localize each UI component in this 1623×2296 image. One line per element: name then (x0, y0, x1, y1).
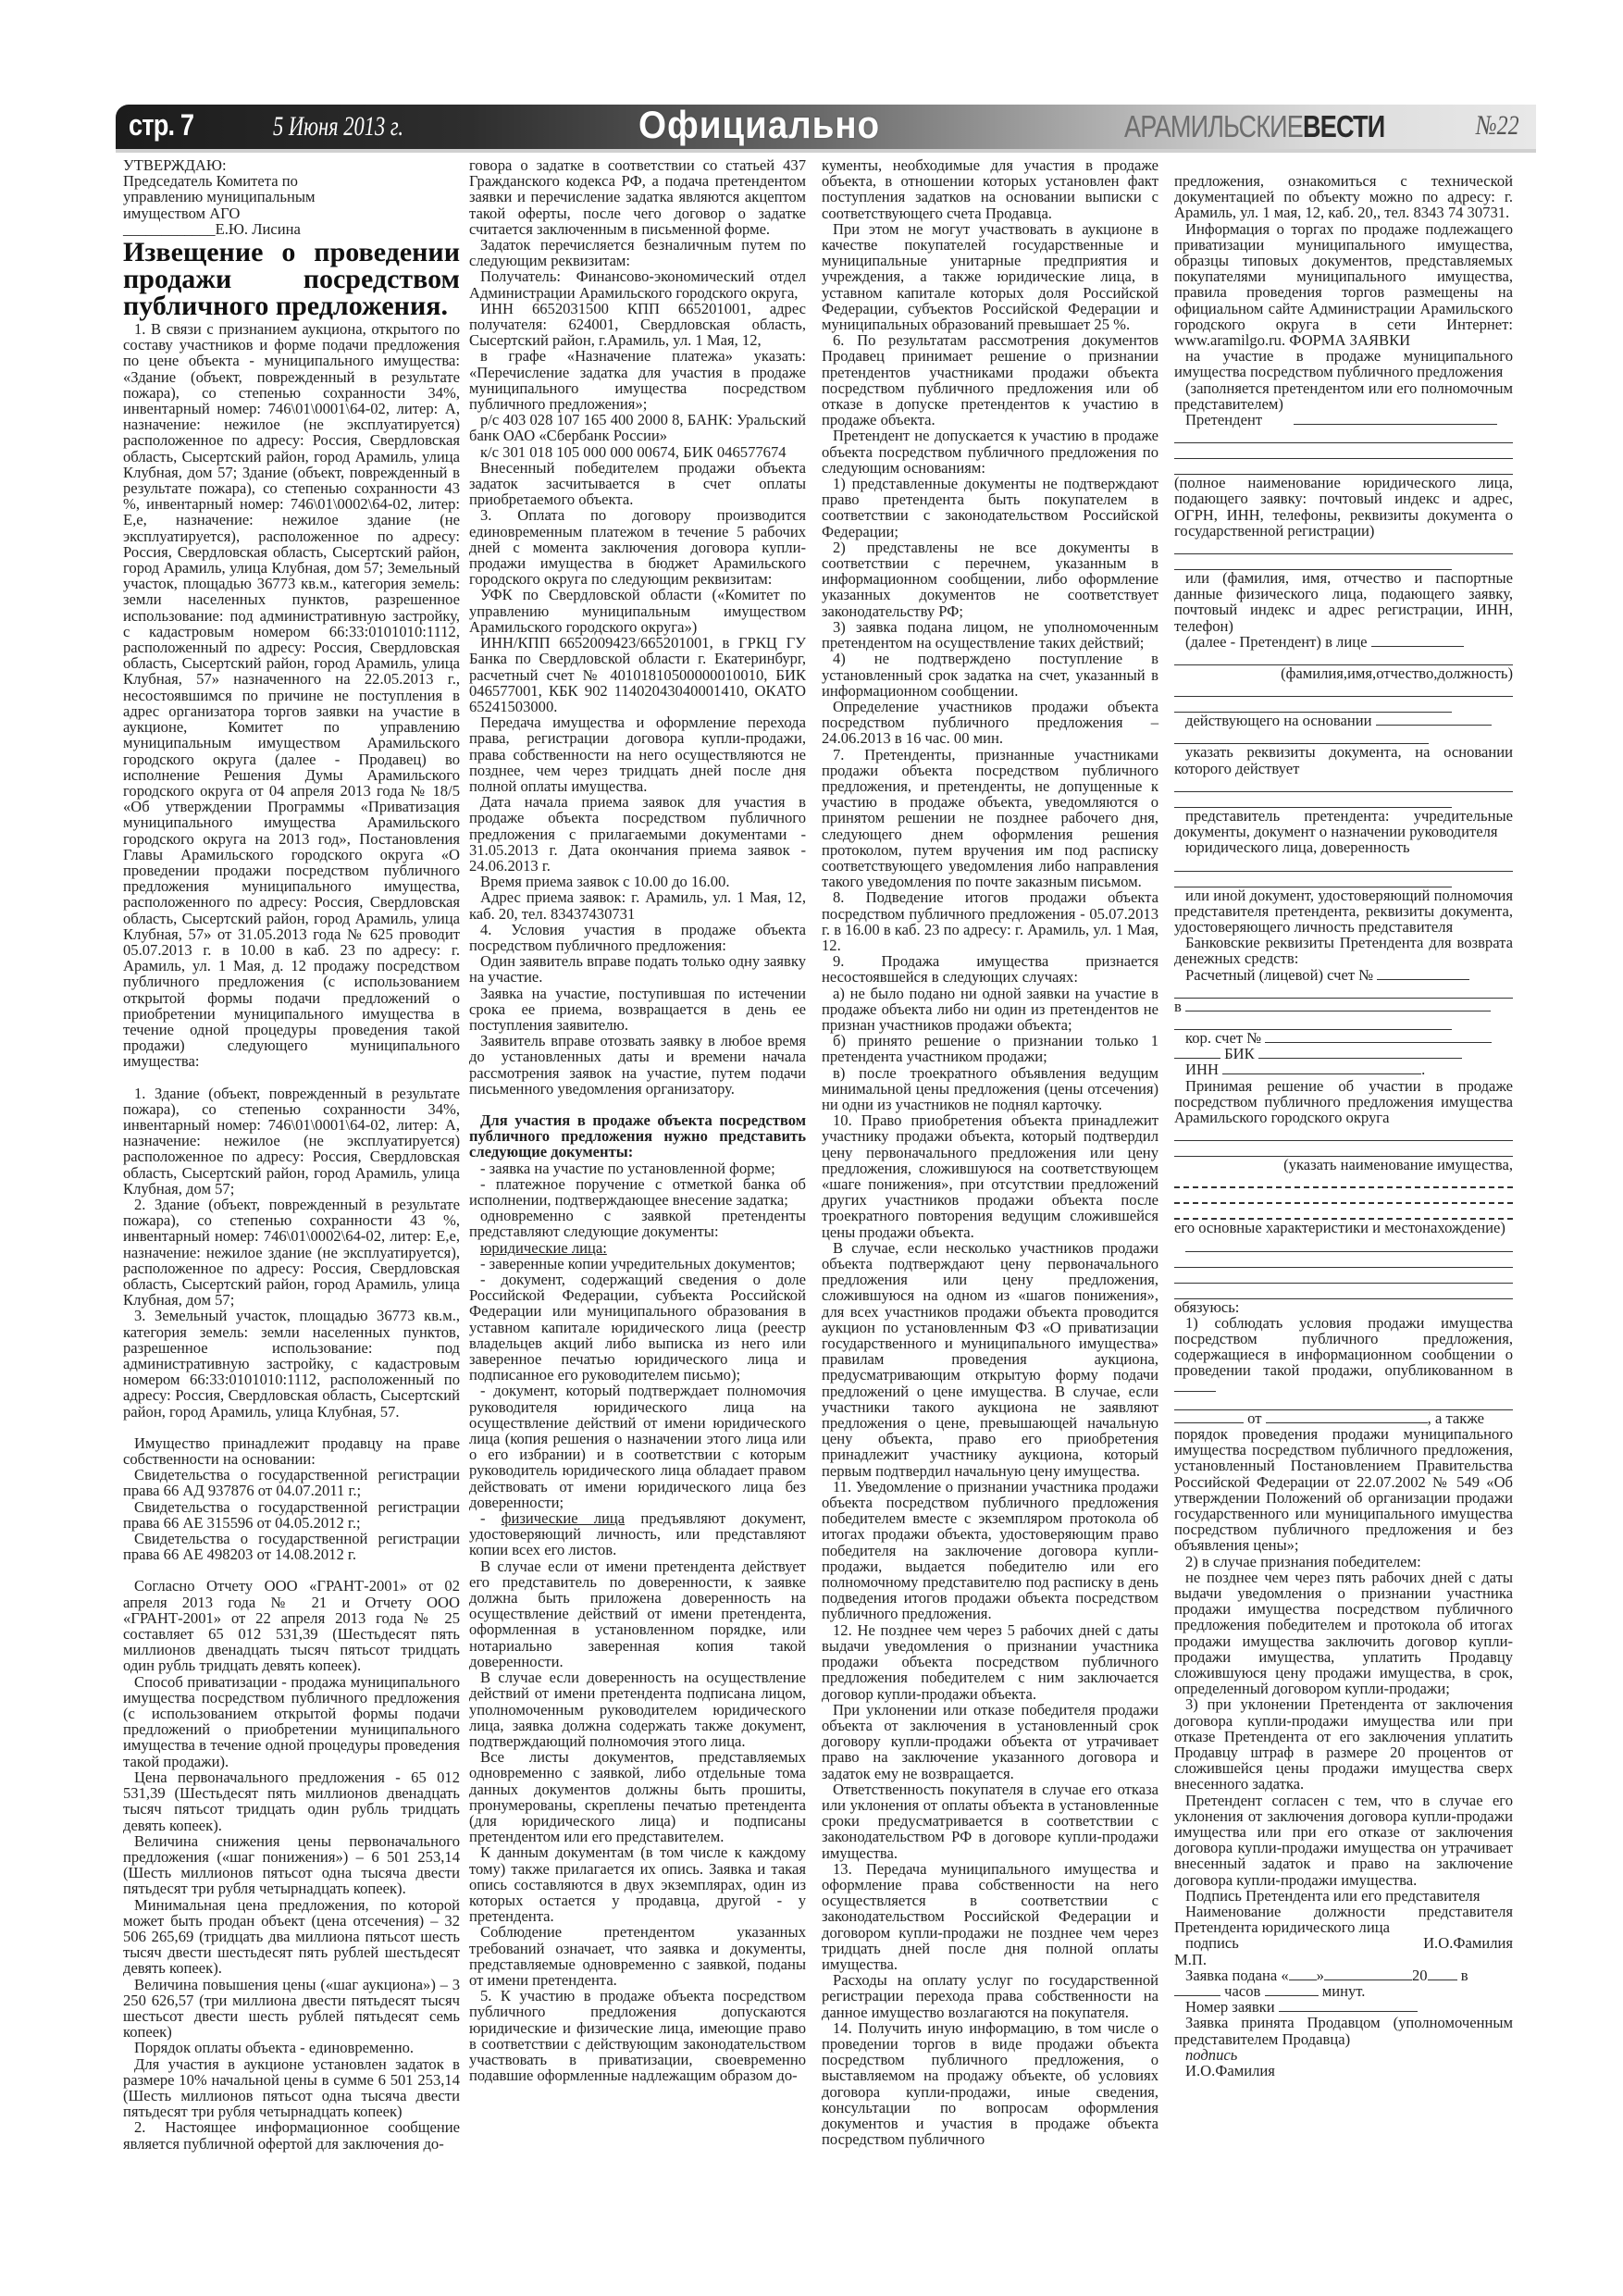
obligation-3: 3) при уклонении Претендента от заключен… (1174, 1696, 1513, 1792)
masthead-light: АРАМИЛЬСКИЕ (1124, 109, 1303, 143)
paragraph: Свидетельства о государственной регистра… (123, 1531, 460, 1562)
agreement-text: Претендент согласен с тем, что в случае … (1174, 1793, 1513, 1888)
form-subtitle: на участие в продаже муниципального имущ… (1174, 348, 1513, 379)
paragraph: 7. Претенденты, признанные участниками п… (822, 747, 1158, 890)
blank-line[interactable] (1174, 650, 1513, 665)
inn-label: ИНН (1185, 1061, 1219, 1078)
obligation-1-text: 1) соблюдать условия продажи имущества п… (1174, 1314, 1513, 1380)
accepted-text: Заявка принята Продавцом (уполномоченным… (1174, 2015, 1513, 2046)
stamp-label: М.П. (1174, 1952, 1513, 1967)
decision-text: Принимая решение об участии в продаже по… (1174, 1078, 1513, 1126)
in-label: в (1461, 1967, 1468, 1984)
legal-entity-hint: (полное наименование юридического лица, … (1174, 475, 1513, 539)
bik-prefix-blank[interactable] (1174, 1046, 1220, 1059)
physical-persons-label: физические лица (502, 1509, 625, 1527)
paragraph: Свидетельства о государственной регистра… (123, 1467, 460, 1498)
bank-name-field[interactable] (1185, 999, 1491, 1011)
blank-line[interactable] (1174, 1252, 1513, 1268)
paragraph: Для участия в аукционе установлен задато… (123, 2056, 460, 2120)
paragraph: Цена первоначального предложения - 65 01… (123, 1769, 460, 1833)
masthead-bold: ВЕСТИ (1303, 109, 1384, 143)
blank-line[interactable] (1174, 792, 1452, 808)
corr-account-field[interactable] (1265, 1030, 1492, 1043)
physical-persons-item: - физические лица предъявляют документ, … (469, 1510, 806, 1558)
paragraph: Заявка на участие, поступившая по истече… (469, 986, 806, 1034)
list-item: - заявка на участие по установленной фор… (469, 1160, 806, 1176)
paragraph: Величина повышения цены («шаг аукциона»)… (123, 1977, 460, 2041)
paragraph: 3. Земельный участок, площадью 36773 кв.… (123, 1308, 460, 1419)
paragraph: 13. Передача муниципального имущества и … (822, 1861, 1158, 1972)
hours-field[interactable] (1174, 1983, 1220, 1996)
paragraph: 3) заявка подана лицом, не уполномоченны… (822, 619, 1158, 651)
submitted-label: Заявка подана « (1185, 1967, 1289, 1984)
app-number-row: Номер заявки (1174, 1999, 1513, 2015)
paragraph: Все листы документов, представляемых одн… (469, 1749, 806, 1844)
approval-signature: ____________Е.Ю. Лисина (123, 221, 460, 237)
in-person-row: (далее - Претендент) в лице (1174, 634, 1513, 650)
publication-number-field[interactable] (1174, 1410, 1244, 1423)
applicant-row: Претендент (1174, 412, 1513, 428)
paragraph: 8. Подведение итогов продажи объекта пос… (822, 889, 1158, 953)
paragraph: Один заявитель вправе подать только одну… (469, 953, 806, 985)
year-field[interactable] (1428, 1967, 1457, 1980)
paragraph: 12. Не позднее чем через 5 рабочих дней … (822, 1622, 1158, 1702)
blank-line[interactable] (1174, 776, 1513, 792)
documents-heading: Для участия в продаже объекта посредство… (469, 1112, 806, 1160)
spacer (469, 1097, 806, 1112)
year-prefix: 20 (1412, 1967, 1428, 1984)
paragraph: Определение участников продажи объекта п… (822, 699, 1158, 747)
inn-row: ИНН . (1174, 1061, 1513, 1077)
blank-line[interactable] (1174, 554, 1452, 570)
app-number-label: Номер заявки (1185, 1998, 1275, 2016)
blank-line[interactable] (1174, 681, 1513, 697)
column-3: кументы, необходимые для участия в прода… (822, 157, 1158, 2147)
app-number-field[interactable] (1279, 1999, 1418, 2012)
column-4-application-form: предложения, ознакомиться с технической … (1174, 157, 1513, 2079)
paragraph: а) не было подано ни одной заявки на уча… (822, 986, 1158, 1034)
seller-fio-label: И.О.Фамилия (1174, 2063, 1513, 2079)
paragraph: в) после троекратного объявления ведущим… (822, 1065, 1158, 1113)
publication-field[interactable] (1174, 1379, 1216, 1392)
blank-line[interactable] (1174, 697, 1452, 713)
paragraph: 1. Здание (объект, поврежденный в резуль… (123, 1086, 460, 1197)
paragraph: Порядок оплаты объекта - единовременно. (123, 2040, 460, 2055)
signature-row: подписьИ.О.Фамилия (1174, 1935, 1513, 1951)
corr-account-row: кор. счет № (1174, 1030, 1513, 1046)
paragraph: При уклонении или отказе победителя прод… (822, 1702, 1158, 1781)
header-divider (116, 149, 1536, 153)
approval-line: УТВЕРЖДАЮ: (123, 157, 460, 173)
paragraph: 5. К участию в продаже объекта посредств… (469, 1988, 806, 2083)
list-item: - документ, содержащий сведения о доле Р… (469, 1272, 806, 1383)
rep-docs-text: юридического лица, доверенность (1174, 839, 1513, 855)
spacer (123, 1562, 460, 1578)
blank-line[interactable] (1174, 1284, 1513, 1299)
oblige-label: обязуюсь: (1174, 1299, 1513, 1315)
paragraph: говора о задатке в соответствии со стать… (469, 157, 806, 237)
paragraph: 10. Право приобретения объекта принадлеж… (822, 1112, 1158, 1240)
signature-label: Подпись Претендента или его представител… (1174, 1888, 1513, 1904)
rep-docs-text: представитель претендента: учредительные… (1174, 808, 1513, 839)
paragraph: 2. Настоящее информационное сообщение яв… (123, 2119, 460, 2151)
submitted-row: Заявка подана «»20 в (1174, 1967, 1513, 1983)
approval-line: Председатель Комитета по (123, 173, 460, 189)
blank-line[interactable] (1174, 983, 1513, 999)
applicant-label: Претендент (1185, 411, 1262, 428)
paragraph: Имущество принадлежит продавцу на праве … (123, 1435, 460, 1467)
paragraph: 2) представлены не все документы в соотв… (822, 540, 1158, 619)
legal-entities-label: юридические лица: (480, 1239, 607, 1257)
blank-line[interactable] (1174, 1395, 1513, 1410)
minutes-label: минут. (1322, 1982, 1366, 2000)
dash: - (480, 1509, 502, 1527)
list-item: - заверенные копии учредительных докумен… (469, 1256, 806, 1272)
paragraph: 9. Продажа имущества признается несостоя… (822, 953, 1158, 985)
paragraph: 14. Получить иную информацию, в том числ… (822, 2020, 1158, 2148)
paragraph: 1. В связи с признанием аукциона, открыт… (123, 321, 460, 1070)
paragraph: Минимальная цена предложения, по которой… (123, 1897, 460, 1977)
paragraph: Заявитель вправе отозвать заявку в любое… (469, 1033, 806, 1097)
paragraph: б) принято решение о признании только 1 … (822, 1033, 1158, 1064)
other-doc-text: или иной документ, удостоверяющий полном… (1174, 887, 1513, 936)
paragraph: Согласно Отчету ООО «ГРАНТ-2001» от 02 а… (123, 1578, 460, 1673)
paragraph: Адрес приема заявок: г. Арамиль, ул. 1 М… (469, 889, 806, 921)
paragraph: Внесенный победителем продажи объекта за… (469, 460, 806, 508)
account-field[interactable] (1377, 967, 1469, 980)
newspaper-masthead: АРАМИЛЬСКИЕВЕСТИ (1124, 109, 1384, 144)
paragraph: Передача имущества и оформление перехода… (469, 714, 806, 794)
paragraph: в графе «Назначение платежа» указать: «П… (469, 348, 806, 412)
in-person-label: (далее - Претендент) в лице (1185, 633, 1367, 651)
property-hint: (указать наименование имущества, (1174, 1157, 1513, 1173)
paragraph: Ответственность покупателя в случае его … (822, 1781, 1158, 1861)
spacer (1174, 157, 1513, 173)
blank-line[interactable] (1174, 459, 1513, 475)
also-label: , а также (1428, 1409, 1484, 1427)
individual-hint: или (фамилия, имя, отчество и паспортные… (1174, 570, 1513, 634)
paragraph: кументы, необходимые для участия в прода… (822, 157, 1158, 221)
blank-line[interactable] (1174, 443, 1513, 459)
obligation-1-rest: порядок проведения продажи муниципальног… (1174, 1426, 1513, 1554)
paragraph: Получатель: Финансово-экономический отде… (469, 268, 806, 300)
property-hint-2: его основные характеристики и местонахож… (1174, 1220, 1513, 1235)
account-label: Расчетный (лицевой) счет № (1185, 966, 1373, 984)
basis-hint: указать реквизиты документа, на основани… (1174, 744, 1513, 776)
dashed-blank-line[interactable] (1174, 1188, 1513, 1204)
acting-basis-row: действующего на основании (1174, 713, 1513, 728)
obligation-1: 1) соблюдать условия продажи имущества п… (1174, 1315, 1513, 1395)
blank-line[interactable] (1174, 428, 1513, 443)
paragraph: К данным документам (в том числе к каждо… (469, 1844, 806, 1924)
page-header-bar: стр. 7 5 Июня 2013 г. Официально АРАМИЛЬ… (116, 105, 1536, 149)
paragraph: 6. По результатам рассмотрения документо… (822, 332, 1158, 428)
corr-account-label: кор. счет № (1185, 1029, 1261, 1047)
quote-close: » (1317, 1967, 1324, 1984)
publication-date-row: от , а также (1174, 1410, 1513, 1426)
paragraph: Способ приватизации - продажа муниципаль… (123, 1674, 460, 1769)
fio-word: И.О.Фамилия (1423, 1935, 1513, 1951)
bik-row: БИК (1174, 1046, 1513, 1061)
page-number: стр. 7 (129, 108, 193, 143)
paragraph: предложения, ознакомиться с технической … (1174, 173, 1513, 221)
issue-number: №22 (1476, 110, 1519, 142)
fio-hint: (фамилия,имя,отчество,должность) (1174, 665, 1513, 681)
bik-label: БИК (1224, 1045, 1255, 1062)
obligation-2: 2) в случае признания победителем: (1174, 1554, 1513, 1570)
paragraph: к/с 301 018 105 000 000 00674, БИК 04657… (469, 444, 806, 460)
column-1: УТВЕРЖДАЮ: Председатель Комитета по упра… (123, 157, 460, 2152)
hours-label: часов (1224, 1982, 1260, 2000)
paragraph: В случае если от имени претендента дейст… (469, 1558, 806, 1669)
section-title: Официально (638, 103, 880, 147)
paragraph: 2. Здание (объект, поврежденный в резуль… (123, 1197, 460, 1308)
minutes-field[interactable] (1265, 1983, 1319, 1996)
paragraph: 11. Уведомление о признании участника пр… (822, 1479, 1158, 1622)
paragraph: Величина снижения цены первоначального п… (123, 1833, 460, 1897)
paragraph: Соблюдение претендентом указанных требов… (469, 1924, 806, 1988)
position-label: Наименование должности представителя Пре… (1174, 1904, 1513, 1935)
time-row: часов минут. (1174, 1983, 1513, 1999)
issue-date: 5 Июня 2013 г. (273, 111, 403, 143)
bik-field[interactable] (1258, 1046, 1462, 1059)
paragraph: 4) не подтверждено поступление в установ… (822, 651, 1158, 699)
list-item: - платежное поручение с отметкой банка о… (469, 1176, 806, 1208)
in-person-field[interactable] (1371, 634, 1464, 647)
dashed-blank-line[interactable] (1174, 1204, 1513, 1220)
seller-sign-label: подпись (1174, 2047, 1513, 2063)
paragraph: р/с 403 028 107 165 400 2000 8, БАНК: Ур… (469, 412, 806, 443)
bank-in-label: в (1174, 998, 1182, 1015)
obligation-2-text: не позднее чем через пять рабочих дней с… (1174, 1570, 1513, 1697)
acting-basis-field[interactable] (1376, 713, 1492, 726)
paragraph: 3. Оплата по договору производится едино… (469, 507, 806, 587)
account-row: Расчетный (лицевой) счет № (1174, 967, 1513, 983)
paragraph: одновременно с заявкой претенденты предс… (469, 1208, 806, 1239)
paragraph: Дата начала приема заявок для участия в … (469, 794, 806, 874)
article-title: Извещение о проведении продажи посредств… (123, 239, 460, 319)
column-2: говора о задатке в соответствии со стать… (469, 157, 806, 2083)
paragraph: 1) представленные документы не подтвержд… (822, 476, 1158, 540)
approval-block: УТВЕРЖДАЮ: Председатель Комитета по упра… (123, 157, 460, 237)
blank-line[interactable] (1174, 872, 1452, 887)
paragraph: Задаток перечисляется безналичным путем … (469, 237, 806, 268)
paragraph: В случае, если несколько участников прод… (822, 1240, 1158, 1479)
inn-field[interactable] (1222, 1061, 1421, 1074)
dashed-blank-line[interactable] (1174, 1173, 1513, 1188)
month-field[interactable] (1324, 1967, 1412, 1980)
bank-row: в (1174, 999, 1513, 1014)
blank-line[interactable] (1174, 1141, 1513, 1157)
form-note: (заполняется претендентом или его полном… (1174, 380, 1513, 412)
blank-line[interactable] (1174, 539, 1513, 554)
paragraph: УФК по Свердловской области («Комитет по… (469, 587, 806, 635)
paragraph: При этом не могут участвовать в аукционе… (822, 221, 1158, 332)
paragraph: Время приема заявок с 10.00 до 16.00. (469, 874, 806, 889)
approval-line: имуществом АГО (123, 205, 460, 221)
publication-date-field[interactable] (1266, 1410, 1428, 1423)
paragraph: ИНН/КПП 6652009423/665201001, в ГРКЦ ГУ … (469, 635, 806, 714)
paragraph: Информация о торгах по продаже подлежаще… (1174, 221, 1513, 349)
blank-line[interactable] (1174, 1268, 1513, 1284)
applicant-field[interactable] (1294, 412, 1497, 425)
spacer (123, 1070, 460, 1086)
list-item: - документ, который подтверждает полномо… (469, 1383, 806, 1510)
approval-line: управлению муниципальным (123, 189, 460, 205)
spacer (123, 1420, 460, 1435)
bank-intro: Банковские реквизиты Претендента для воз… (1174, 935, 1513, 966)
paragraph: В случае если доверенность на осуществле… (469, 1669, 806, 1749)
acting-basis-label: действующего на основании (1185, 712, 1372, 729)
day-field[interactable] (1289, 1967, 1317, 1980)
blank-line[interactable] (1174, 728, 1429, 744)
paragraph: Расходы на оплату услуг по государственн… (822, 1972, 1158, 2020)
paragraph: 4. Условия участия в продаже объекта пос… (469, 922, 806, 953)
sign-word: подпись (1185, 1935, 1239, 1951)
blank-line[interactable] (1174, 1125, 1513, 1141)
paragraph: ИНН 6652031500 КПП 665201001, адрес полу… (469, 301, 806, 349)
blank-line[interactable] (1185, 1236, 1513, 1252)
blank-line[interactable] (1174, 1014, 1452, 1030)
paragraph: Претендент не допускается к участию в пр… (822, 428, 1158, 476)
from-label: от (1247, 1409, 1261, 1427)
paragraph: Свидетельства о государственной регистра… (123, 1499, 460, 1531)
blank-line[interactable] (1174, 856, 1513, 872)
